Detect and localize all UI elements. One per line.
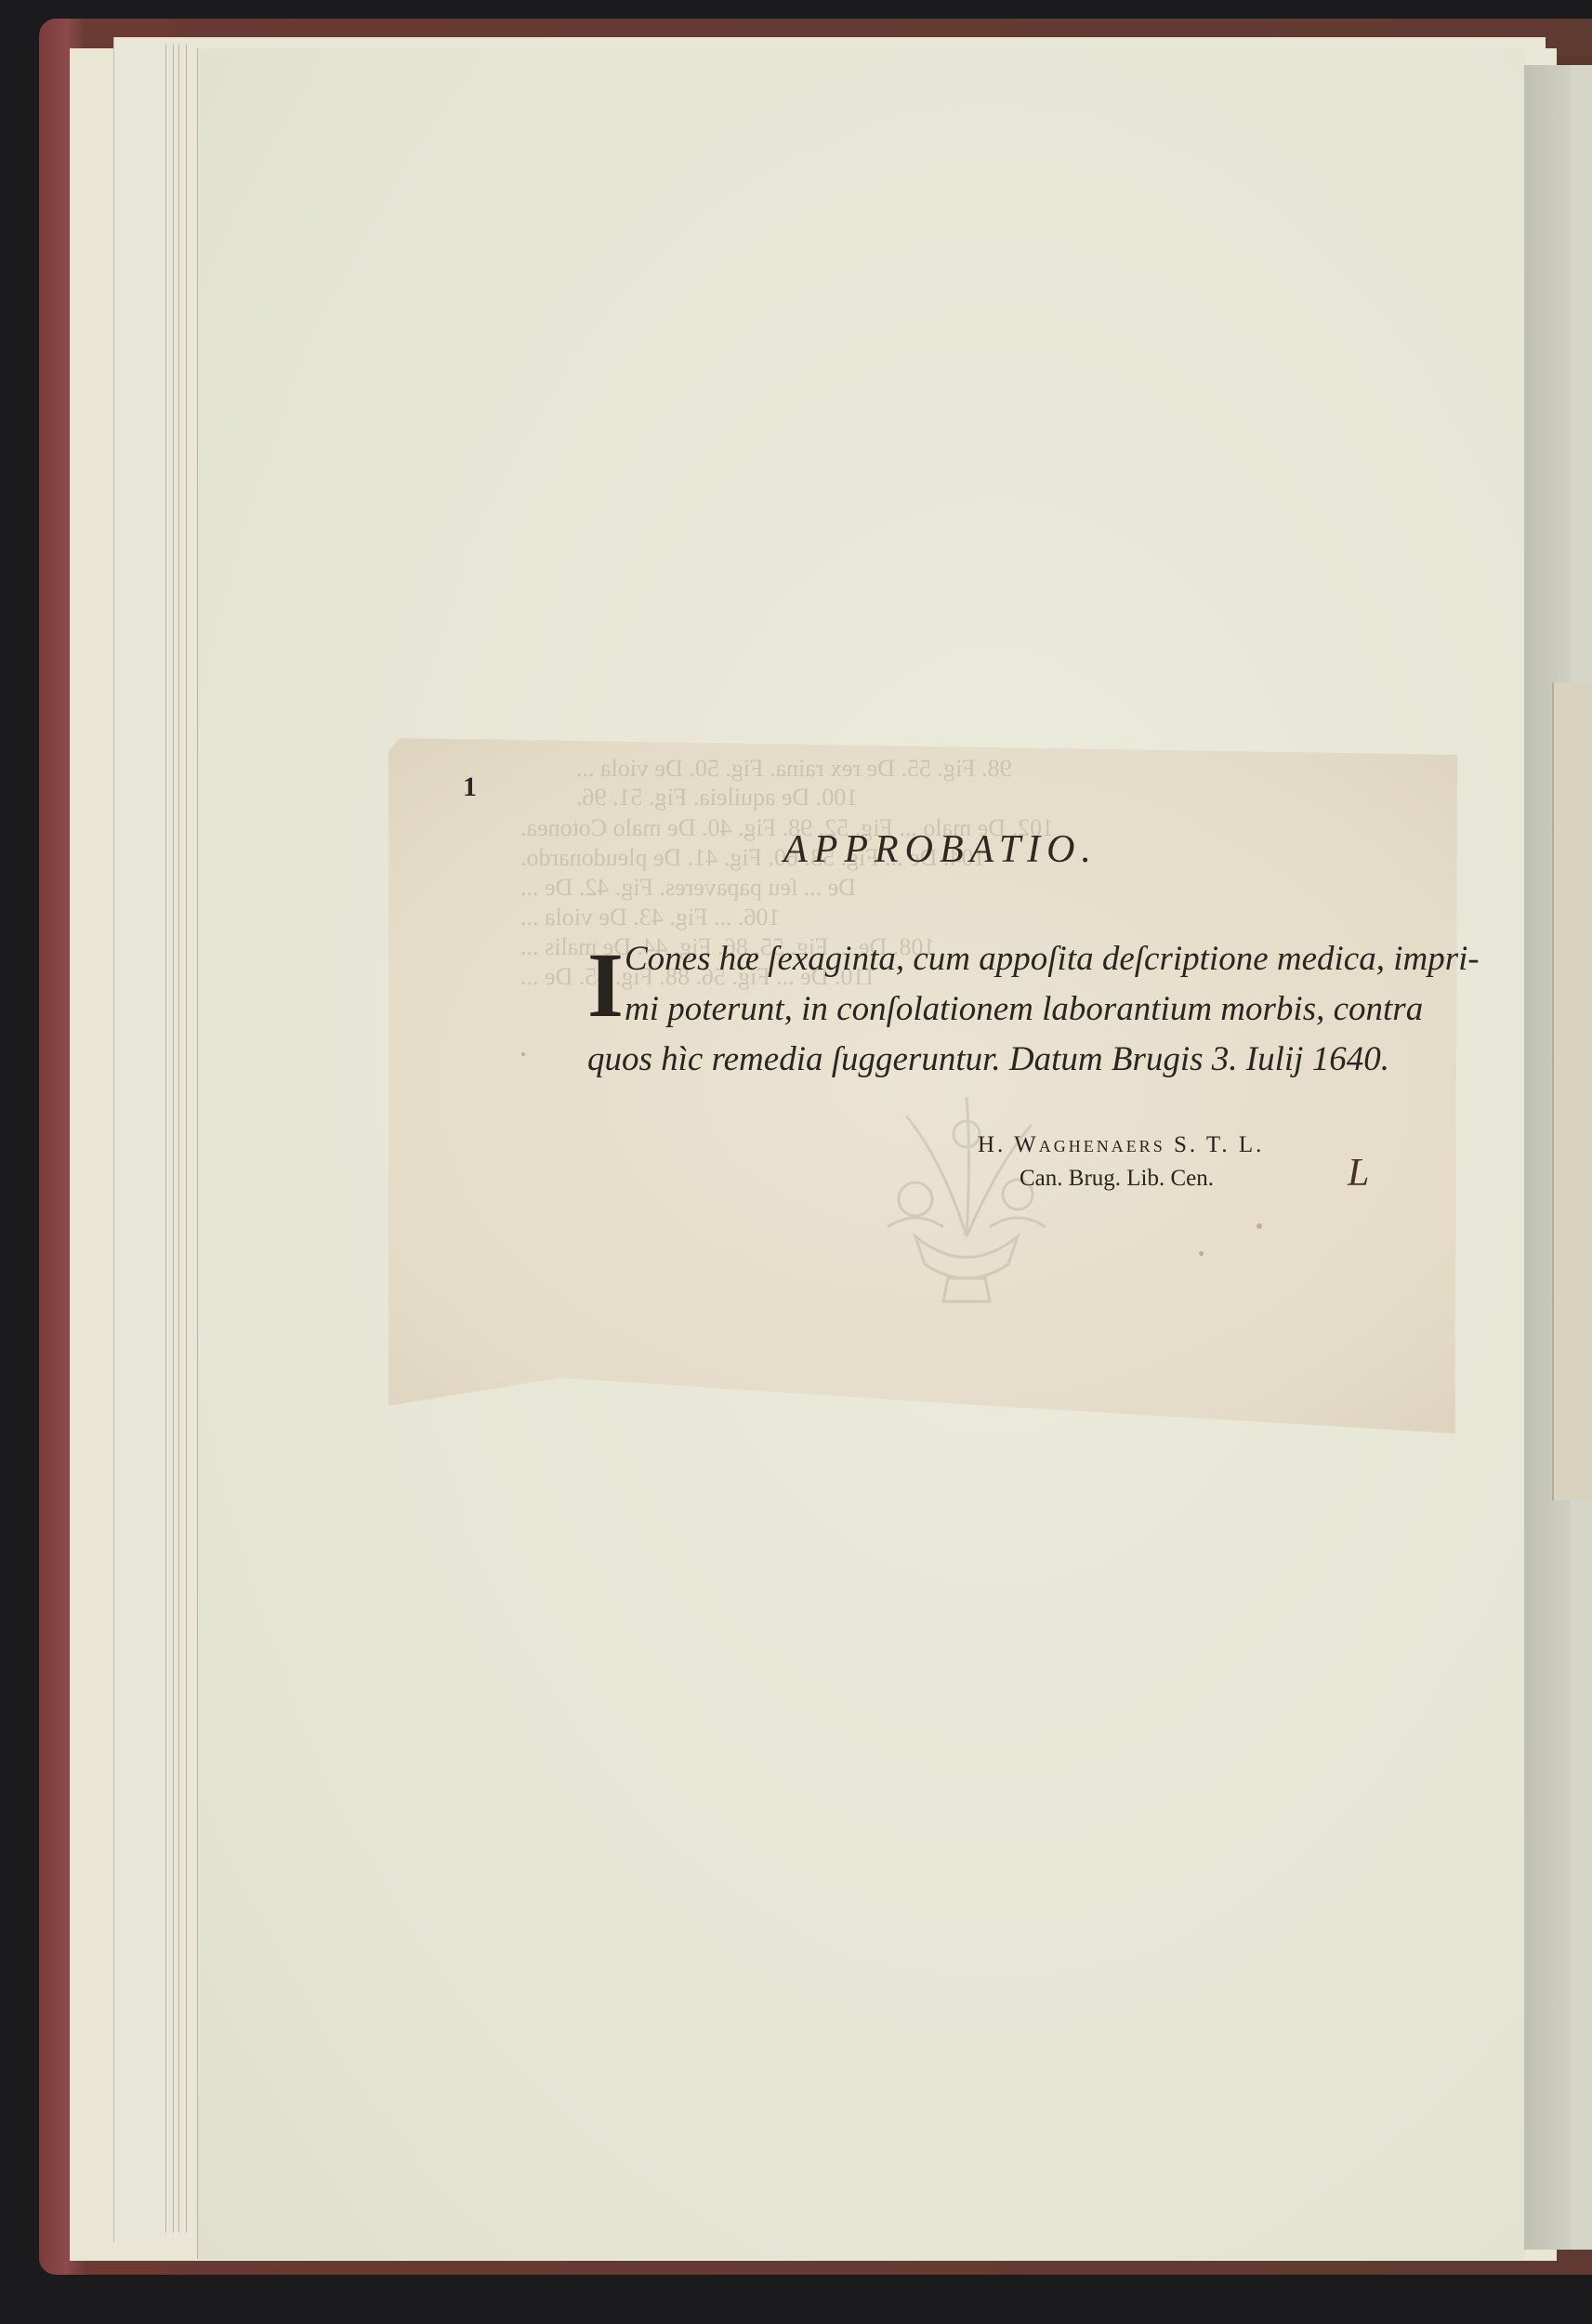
censor-name: H. Waghenaers S. T. L.	[978, 1132, 1264, 1158]
text-line: Cones hæ ſexaginta, cum appoſita deſcrip…	[587, 934, 1387, 984]
text-line: mi poterunt, in conſolationem laborantiu…	[587, 984, 1387, 1035]
censor-title: Can. Brug. Lib. Cen.	[1020, 1166, 1214, 1192]
facing-slip-edge	[1552, 682, 1592, 1500]
signature-mark: 1	[463, 772, 477, 803]
text-line: quos hìc remedia ſuggeruntur. Datum Brug…	[587, 1035, 1387, 1085]
handwritten-mark: L	[1348, 1151, 1369, 1195]
page-edge-line	[165, 45, 166, 2233]
page-edge-line	[186, 45, 187, 2233]
page-edge-line	[173, 45, 174, 2233]
foxing-spot	[521, 1052, 525, 1056]
vase-ornament-bleed-icon	[860, 1078, 1073, 1311]
document-title: APPROBATIO.	[569, 827, 1312, 872]
foxing-spot	[1199, 1251, 1204, 1256]
foxing-spot	[1256, 1223, 1262, 1229]
approbation-text: Cones hæ ſexaginta, cum appoſita deſcrip…	[587, 934, 1387, 1085]
page-edge-line	[178, 45, 179, 2233]
